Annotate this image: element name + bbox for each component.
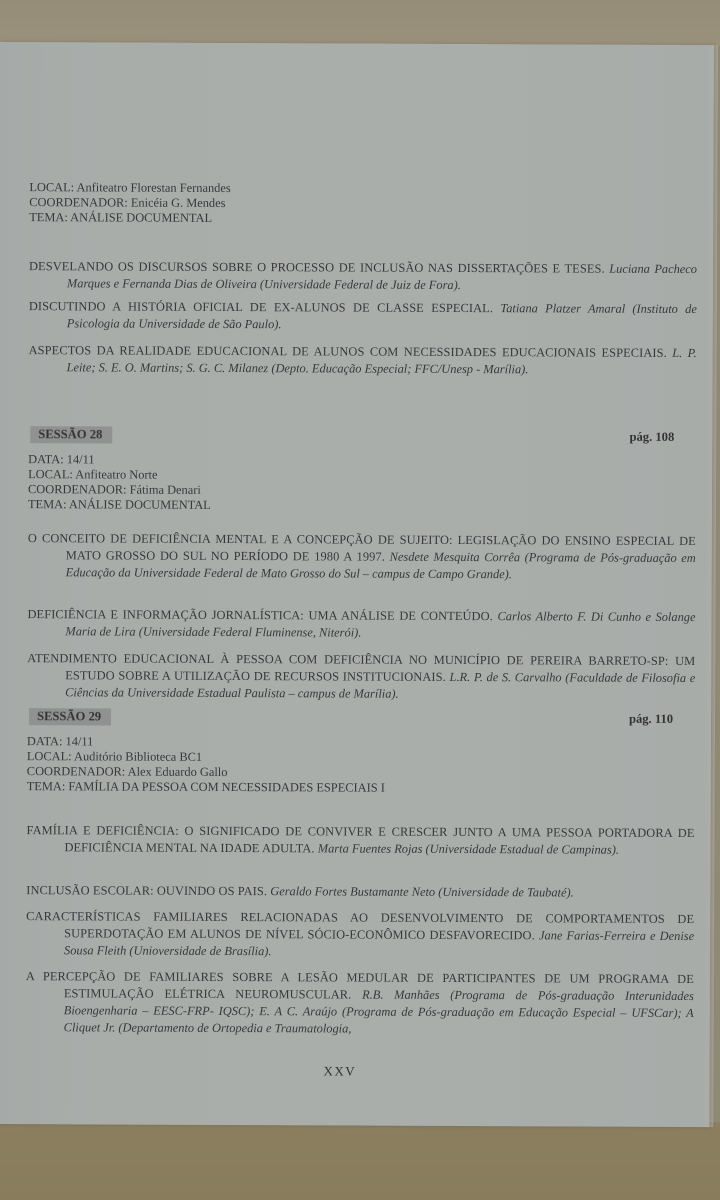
table-surface-bottom — [0, 1122, 720, 1200]
session-29-entry-3: CARACTERÍSTICAS FAMILIARES RELACIONADAS … — [26, 908, 694, 962]
entry-authors: Marta Fuentes Rojas (Universidade Estadu… — [318, 841, 619, 856]
session-29-meta: DATA: 14/11 LOCAL: Auditório Biblioteca … — [27, 734, 385, 796]
session-28-tema: TEMA: ANÁLISE DOCUMENTAL — [28, 497, 211, 513]
session-27-entry-1: DESVELANDO OS DISCURSOS SOBRE O PROCESSO… — [29, 258, 697, 295]
session-28-page-ref: pág. 108 — [629, 430, 674, 445]
entry-title: ASPECTOS DA REALIDADE EDUCACIONAL DE ALU… — [29, 343, 673, 360]
document-page: LOCAL: Anfiteatro Florestan Fernandes CO… — [0, 42, 714, 1127]
session-28-entry-3: ATENDIMENTO EDUCACIONAL À PESSOA COM DEF… — [27, 650, 695, 704]
session-28-header: SESSÃO 28 pág. 108 — [28, 426, 696, 447]
session-27-entry-3: ASPECTOS DA REALIDADE EDUCACIONAL DE ALU… — [29, 342, 697, 379]
session-29-page-ref: pág. 110 — [629, 712, 673, 727]
session-29-coordenador: COORDENADOR: Alex Eduardo Gallo — [27, 764, 385, 781]
session-27-tema: TEMA: ANÁLISE DOCUMENTAL — [29, 210, 230, 226]
session-29-local: LOCAL: Auditório Biblioteca BC1 — [27, 749, 385, 766]
entry-title: DESVELANDO OS DISCURSOS SOBRE O PROCESSO… — [29, 259, 609, 276]
session-27-local: LOCAL: Anfiteatro Florestan Fernandes — [29, 180, 230, 196]
table-surface-top — [0, 0, 720, 46]
session-28-entry-1: O CONCEITO DE DEFICIÊNCIA MENTAL E A CON… — [28, 530, 696, 584]
page-number: XXV — [323, 1063, 356, 1079]
session-28-entry-2: DEFICIÊNCIA E INFORMAÇÃO JORNALÍSTICA: U… — [27, 606, 695, 643]
session-27-meta: LOCAL: Anfiteatro Florestan Fernandes CO… — [29, 180, 231, 226]
entry-title: DISCUTINDO A HISTÓRIA OFICIAL DE EX-ALUN… — [29, 299, 501, 315]
session-29-tema: TEMA: FAMÍLIA DA PESSOA COM NECESSIDADES… — [27, 779, 385, 796]
session-27-coordenador: COORDENADOR: Enicéia G. Mendes — [29, 195, 230, 211]
session-28-coordenador: COORDENADOR: Fátima Denari — [28, 482, 211, 498]
session-29-entry-1: FAMÍLIA E DEFICIÊNCIA: O SIGNIFICADO DE … — [26, 822, 694, 859]
session-29-data: DATA: 14/11 — [27, 734, 385, 751]
session-28-meta: DATA: 14/11 LOCAL: Anfiteatro Norte COOR… — [28, 452, 211, 513]
session-29-entry-4: A PERCEPÇÃO DE FAMILIARES SOBRE A LESÃO … — [26, 968, 694, 1039]
session-27-entry-2: DISCUTINDO A HISTÓRIA OFICIAL DE EX-ALUN… — [29, 298, 697, 335]
session-29-entry-2: INCLUSÃO ESCOLAR: OUVINDO OS PAIS. Geral… — [26, 882, 694, 902]
session-28-data: DATA: 14/11 — [28, 452, 211, 468]
session-29-badge: SESSÃO 29 — [29, 708, 111, 725]
session-28-badge: SESSÃO 28 — [30, 426, 112, 443]
session-28-local: LOCAL: Anfiteatro Norte — [28, 467, 211, 483]
session-29-header: SESSÃO 29 pág. 110 — [27, 708, 695, 729]
entry-title: INCLUSÃO ESCOLAR: OUVINDO OS PAIS. — [26, 883, 270, 898]
entry-title: DEFICIÊNCIA E INFORMAÇÃO JORNALÍSTICA: U… — [27, 607, 497, 623]
entry-authors: Geraldo Fortes Bustamante Neto (Universi… — [270, 884, 573, 899]
